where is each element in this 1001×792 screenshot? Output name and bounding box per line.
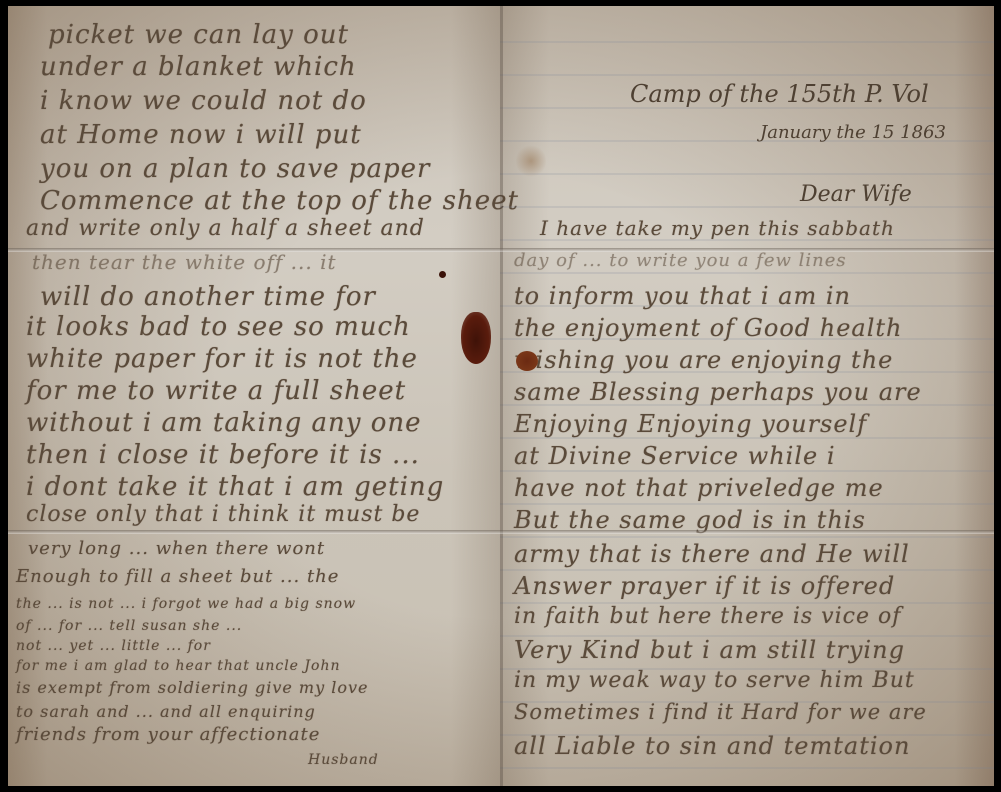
letter-line: Very Kind but i am still trying <box>514 636 905 664</box>
letter-line: in faith but here there is vice of <box>514 604 901 629</box>
left-page: picket we can lay out under a blanket wh… <box>8 6 500 786</box>
vertical-fold <box>500 6 503 786</box>
letter-line: for me to write a full sheet <box>26 376 406 406</box>
letter-line: at Divine Service while i <box>514 442 836 470</box>
letter-line: white paper for it is not the <box>26 344 418 374</box>
letter-line: day of ... to write you a few lines <box>514 250 847 271</box>
letter-line: at Home now i will put <box>40 120 362 150</box>
letter-sheet: picket we can lay out under a blanket wh… <box>8 6 994 786</box>
letter-line: Enjoying Enjoying yourself <box>514 410 867 438</box>
letter-line: for me i am glad to hear that uncle John <box>16 658 340 674</box>
letter-line: in my weak way to serve him But <box>514 668 915 693</box>
letter-line: all Liable to sin and temtation <box>514 732 910 760</box>
horizontal-fold <box>8 530 994 534</box>
horizontal-fold <box>8 248 994 252</box>
letter-line: under a blanket which <box>40 52 357 82</box>
letter-line: Commence at the top of the sheet <box>40 186 519 216</box>
letter-line: have not that priveledge me <box>514 474 884 502</box>
right-page: Camp of the 155th P. Vol January the 15 … <box>500 6 994 786</box>
letter-line: very long ... when there wont <box>28 538 325 559</box>
water-stain <box>516 144 546 178</box>
letter-line: Answer prayer if it is offered <box>514 572 895 600</box>
letter-line: army that is there and He will <box>514 540 910 568</box>
letter-line: Sometimes i find it Hard for we are <box>514 700 927 724</box>
letter-line: friends from your affectionate <box>16 724 320 745</box>
ink-stain <box>461 312 491 364</box>
letter-line: Enough to fill a sheet but ... the <box>16 566 339 587</box>
letter-line: wishing you are enjoying the <box>514 346 893 374</box>
letter-line: i dont take it that i am geting <box>26 472 444 502</box>
letter-line: without i am taking any one <box>26 408 422 438</box>
letter-line: of ... for ... tell susan she ... <box>16 618 242 634</box>
letter-line: and write only a half a sheet and <box>26 216 425 241</box>
letter-line: i know we could not do <box>40 86 367 116</box>
letter-line: not ... yet ... little ... for <box>16 638 211 654</box>
letter-line: close only that i think it must be <box>26 502 420 527</box>
ink-dot <box>439 271 446 278</box>
letter-line: you on a plan to save paper <box>40 154 430 184</box>
letter-line: to sarah and ... and all enquiring <box>16 702 316 721</box>
letter-line: same Blessing perhaps you are <box>514 378 922 406</box>
letter-line: is exempt from soldiering give my love <box>16 678 368 697</box>
letter-line: it looks bad to see so much <box>26 312 411 342</box>
ink-stain <box>516 351 538 371</box>
letter-line: then i close it before it is ... <box>26 440 420 470</box>
signature: Husband <box>308 752 379 768</box>
letter-line: will do another time for <box>40 282 376 312</box>
letter-line: the enjoyment of Good health <box>514 314 903 342</box>
letter-line: picket we can lay out <box>48 20 349 50</box>
letter-line: to inform you that i am in <box>514 282 851 310</box>
letter-line: I have take my pen this sabbath <box>540 216 895 240</box>
letter-line: the ... is not ... i forgot we had a big… <box>16 596 356 612</box>
letter-line: then tear the white off ... it <box>32 250 337 274</box>
